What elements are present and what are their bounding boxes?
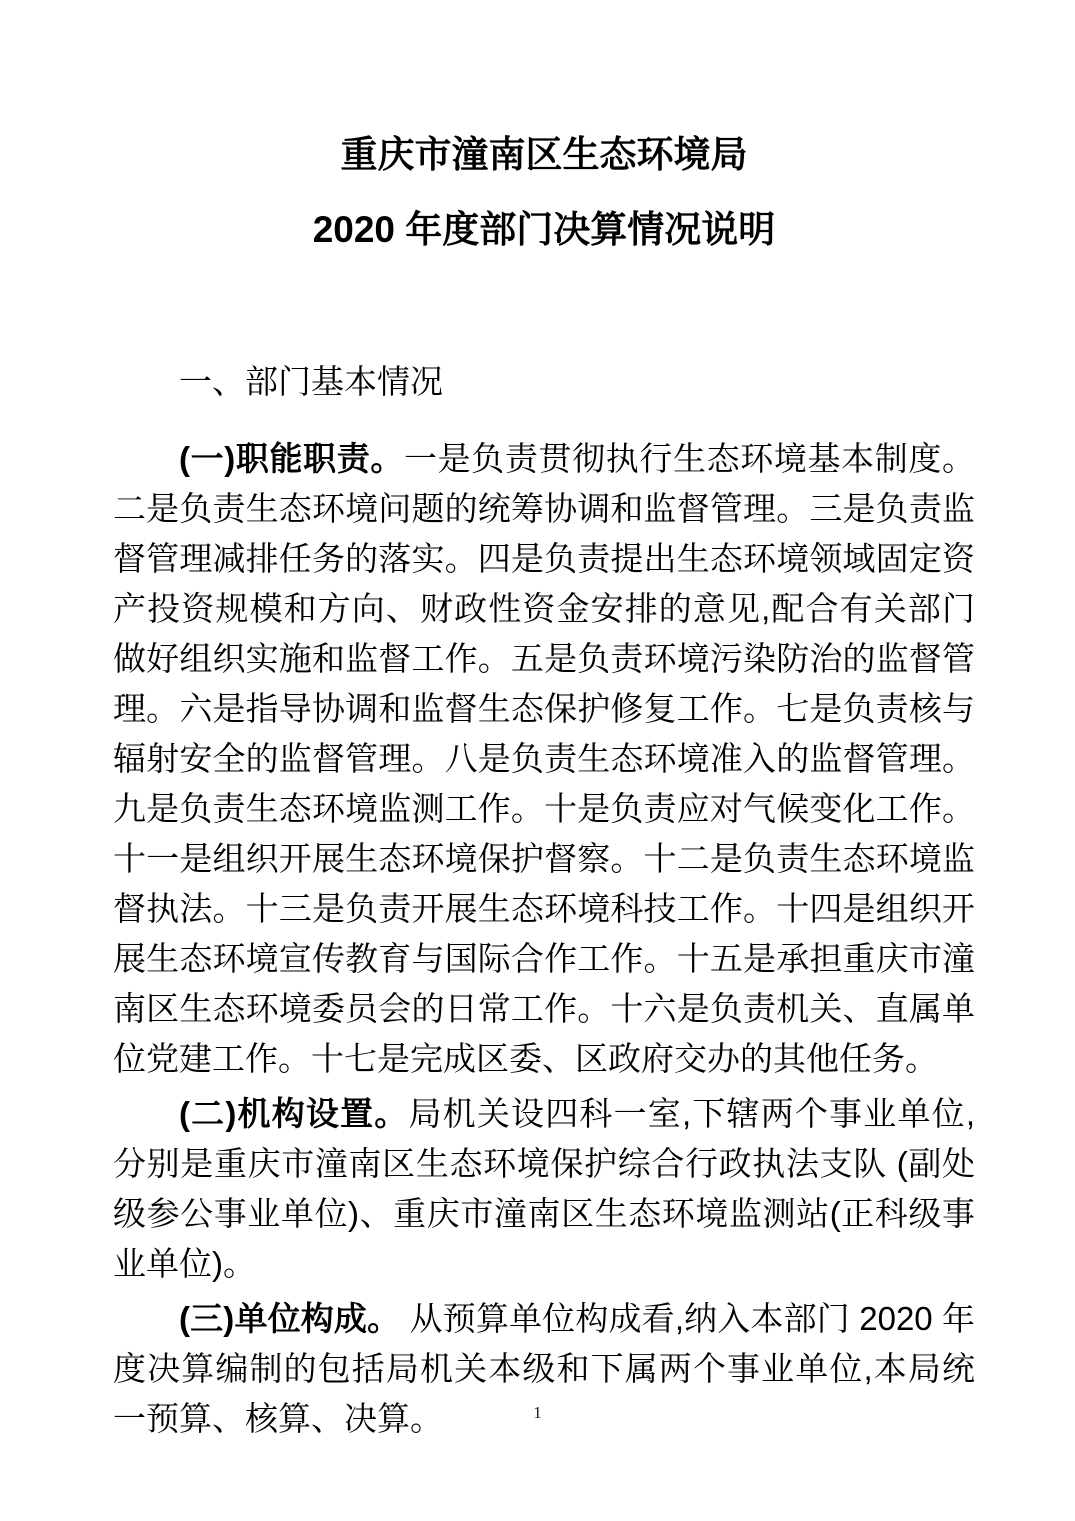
paragraph-unit-composition-lead: (三)单位构成。 bbox=[179, 1300, 400, 1337]
paragraph-duties: (一)职能职责。一是负责贯彻执行生态环境基本制度。二是负责生态环境问题的统筹协调… bbox=[113, 434, 975, 1084]
section-heading-basic-situation: 一、部门基本情况 bbox=[113, 360, 975, 404]
page-number: 1 bbox=[0, 1402, 1075, 1424]
document-page: 重庆市潼南区生态环境局 2020 年度部门决算情况说明 一、部门基本情况 (一)… bbox=[0, 0, 1075, 1521]
paragraph-organization: (二)机构设置。局机关设四科一室,下辖两个事业单位,分别是重庆市潼南区生态环境保… bbox=[113, 1089, 975, 1289]
paragraph-duties-lead: (一)职能职责。 bbox=[179, 440, 404, 477]
paragraph-duties-body: 一是负责贯彻执行生态环境基本制度。二是负责生态环境问题的统筹协调和监督管理。三是… bbox=[113, 440, 975, 1077]
document-title-line1: 重庆市潼南区生态环境局 bbox=[113, 132, 975, 178]
document-title-line2: 2020 年度部门决算情况说明 bbox=[113, 207, 975, 253]
paragraph-organization-lead: (二)机构设置。 bbox=[179, 1095, 408, 1132]
